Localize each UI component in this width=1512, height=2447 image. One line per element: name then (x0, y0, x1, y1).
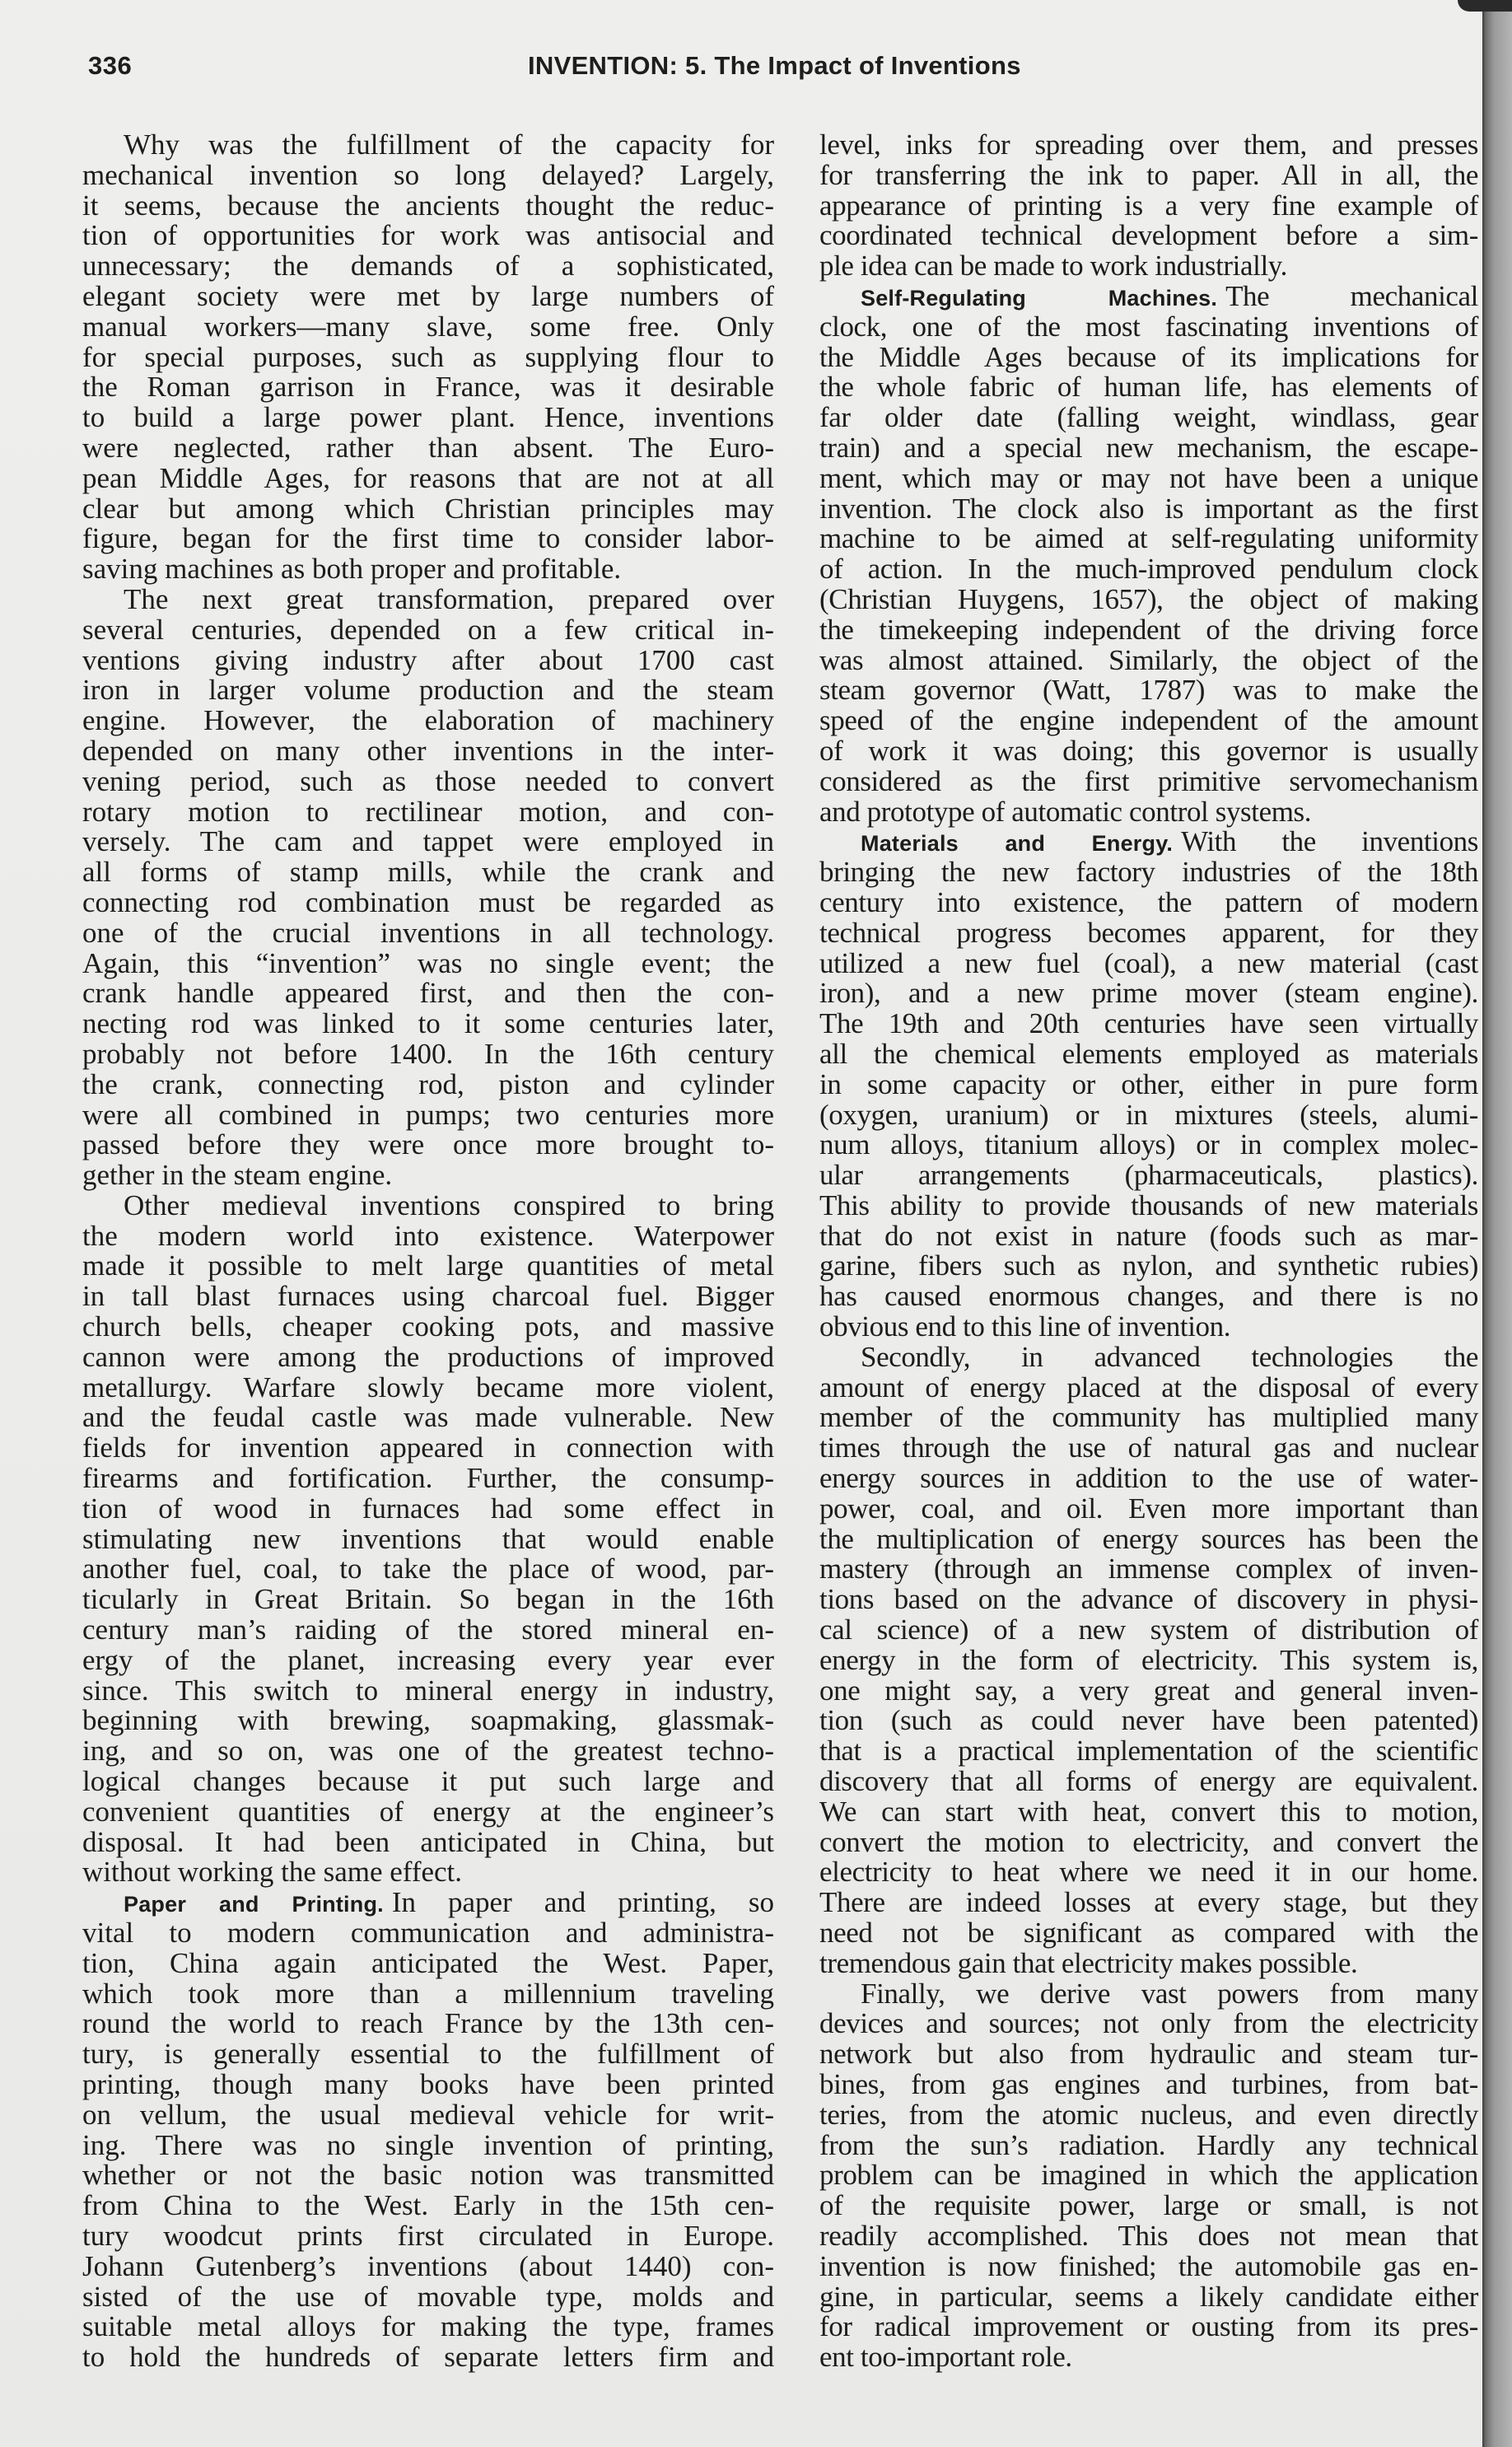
text-line: need not be significant as compared with… (819, 1918, 1478, 1949)
text-line: necting rod was linked to it some centur… (82, 1009, 774, 1039)
section-heading-line: Self-Regulating Machines.The mechanical (819, 282, 1478, 312)
text-line: speed of the engine independent of the a… (819, 706, 1478, 736)
text-line: machine to be aimed at self-regulating u… (819, 524, 1478, 554)
text-line: ticularly in Great Britain. So began in … (82, 1585, 774, 1615)
text-line: logical changes because it put such larg… (82, 1767, 774, 1797)
text-line: another fuel, coal, to take the place of… (82, 1554, 774, 1585)
text-line: century man’s raiding of the stored mine… (82, 1615, 774, 1646)
text-line: (oxygen, uranium) or in mixtures (steels… (819, 1100, 1478, 1131)
text-line: appearance of printing is a very fine ex… (819, 191, 1478, 222)
left-text-column: Why was the fulfillment of the capacity … (82, 130, 774, 2373)
text-line: convenient quantities of energy at the e… (82, 1797, 774, 1828)
text-line: connecting rod combination must be regar… (82, 888, 774, 918)
text-line: devices and sources; not only from the e… (819, 2009, 1478, 2039)
text-line: the whole fabric of human life, has elem… (819, 372, 1478, 403)
text-line: manual workers—many slave, some free. On… (82, 312, 774, 343)
text-line: the Middle Ages because of its implicati… (819, 343, 1478, 373)
text-line: technical progress becomes apparent, for… (819, 918, 1478, 949)
text-line: the multiplication of energy sources has… (819, 1525, 1478, 1555)
text-line: Johann Gutenberg’s inventions (about 144… (82, 2252, 774, 2282)
text-line: bringing the new factory industries of t… (819, 857, 1478, 888)
text-line: the modern world into existence. Waterpo… (82, 1221, 774, 1252)
text-line: round the world to reach France by the 1… (82, 2009, 774, 2039)
text-line: to build a large power plant. Hence, inv… (82, 403, 774, 433)
text-line: utilized a new fuel (coal), a new materi… (819, 949, 1478, 979)
line-text: In paper and printing, so (392, 1886, 774, 1918)
text-line: one of the crucial inventions in all tec… (82, 918, 774, 949)
text-line: tions based on the advance of discovery … (819, 1585, 1478, 1615)
text-line: firearms and fortification. Further, the… (82, 1464, 774, 1494)
text-line: stimulating new inventions that would en… (82, 1525, 774, 1555)
run-in-heading: Paper and Printing. (124, 1892, 384, 1917)
text-line: that is a practical implementation of th… (819, 1736, 1478, 1767)
text-line: ventions giving industry after about 170… (82, 646, 774, 676)
book-spine-shadow (1482, 0, 1512, 2447)
text-line: ular arrangements (pharmaceuticals, plas… (819, 1160, 1478, 1191)
section-heading-line: Materials and Energy.With the inventions (819, 827, 1478, 857)
text-line: were all combined in pumps; two centurie… (82, 1100, 774, 1131)
text-line: unnecessary; the demands of a sophistica… (82, 251, 774, 282)
text-line: clear but among which Christian principl… (82, 494, 774, 525)
text-line: it seems, because the ancients thought t… (82, 191, 774, 222)
text-line: for special purposes, such as supplying … (82, 343, 774, 373)
text-line: num alloys, titanium alloys) or in compl… (819, 1130, 1478, 1160)
text-line: mastery (through an immense complex of i… (819, 1554, 1478, 1585)
text-line: vening period, such as those needed to c… (82, 767, 774, 797)
text-line: far older date (falling weight, windlass… (819, 403, 1478, 433)
book-page: 336 INVENTION: 5. The Impact of Inventio… (0, 0, 1482, 2447)
text-line: power, coal, and oil. Even more importan… (819, 1494, 1478, 1525)
text-line: all the chemical elements employed as ma… (819, 1039, 1478, 1070)
text-line: depended on many other inventions in the… (82, 736, 774, 767)
text-line: Other medieval inventions conspired to b… (82, 1191, 774, 1221)
text-line: amount of energy placed at the disposal … (819, 1373, 1478, 1403)
text-line: Secondly, in advanced technologies the (819, 1343, 1478, 1373)
text-line: energy in the form of electricity. This … (819, 1646, 1478, 1676)
text-line: the Roman garrison in France, was it des… (82, 372, 774, 403)
text-line: bines, from gas engines and turbines, fr… (819, 2070, 1478, 2100)
text-line: pean Middle Ages, for reasons that are n… (82, 464, 774, 494)
text-line: The 19th and 20th centuries have seen vi… (819, 1009, 1478, 1039)
text-line: ple idea can be made to work industriall… (819, 251, 1478, 282)
text-line: considered as the first primitive servom… (819, 767, 1478, 797)
text-line: Finally, we derive vast powers from many (819, 1979, 1478, 2010)
page-number: 336 (88, 51, 132, 81)
text-line: to hold the hundreds of separate letters… (82, 2342, 774, 2373)
text-line: engine. However, the elaboration of mach… (82, 706, 774, 736)
text-line: was almost attained. Similarly, the obje… (819, 646, 1478, 676)
text-line: of action. In the much-improved pendulum… (819, 554, 1478, 585)
text-line: from China to the West. Early in the 15t… (82, 2191, 774, 2221)
text-line: all forms of stamp mills, while the cran… (82, 857, 774, 888)
text-line: elegant society were met by large number… (82, 282, 774, 312)
text-line: of the requisite power, large or small, … (819, 2191, 1478, 2221)
text-line: iron in larger volume production and the… (82, 675, 774, 706)
text-line: electricity to heat where we need it in … (819, 1857, 1478, 1888)
text-line: vital to modern communication and admini… (82, 1918, 774, 1949)
text-line: figure, began for the first time to cons… (82, 524, 774, 554)
right-text-column: level, inks for spreading over them, and… (819, 130, 1478, 2373)
text-line: tion of wood in furnaces had some effect… (82, 1494, 774, 1525)
text-line: ing. There was no single invention of pr… (82, 2131, 774, 2161)
text-line: tion, China again anticipated the West. … (82, 1949, 774, 1979)
text-line: problem can be imagined in which the app… (819, 2160, 1478, 2191)
text-line: whether or not the basic notion was tran… (82, 2160, 774, 2191)
text-line: cannon were among the productions of imp… (82, 1343, 774, 1373)
text-line: of work it was doing; this governor is u… (819, 736, 1478, 767)
run-in-heading: Materials and Energy. (861, 831, 1173, 856)
text-line: sisted of the use of movable type, molds… (82, 2282, 774, 2313)
text-line: in tall blast furnaces using charcoal fu… (82, 1282, 774, 1312)
text-line: has caused enormous changes, and there i… (819, 1282, 1478, 1312)
text-line: that do not exist in nature (foods such … (819, 1221, 1478, 1252)
text-line: printing, though many books have been pr… (82, 2070, 774, 2100)
text-line: rotary motion to rectilinear motion, and… (82, 797, 774, 828)
text-line: for transferring the ink to paper. All i… (819, 161, 1478, 191)
text-line: for radical improvement or ousting from … (819, 2312, 1478, 2342)
text-line: crank handle appeared first, and then th… (82, 978, 774, 1009)
text-line: times through the use of natural gas and… (819, 1433, 1478, 1464)
text-line: cal science) of a new system of distribu… (819, 1615, 1478, 1646)
text-line: We can start with heat, convert this to … (819, 1797, 1478, 1828)
text-line: coordinated technical development before… (819, 221, 1478, 251)
text-line: made it possible to melt large quantitie… (82, 1251, 774, 1282)
text-line: ent too-important role. (819, 2342, 1478, 2373)
text-line: passed before they were once more brough… (82, 1130, 774, 1160)
text-line: Why was the fulfillment of the capacity … (82, 130, 774, 161)
text-line: tion of opportunities for work was antis… (82, 221, 774, 251)
text-line: ergy of the planet, increasing every yea… (82, 1646, 774, 1676)
text-line: several centuries, depended on a few cri… (82, 615, 774, 646)
text-line: convert the motion to electricity, and c… (819, 1828, 1478, 1858)
text-line: beginning with brewing, soapmaking, glas… (82, 1706, 774, 1736)
text-line: obvious end to this line of invention. (819, 1312, 1478, 1343)
text-line: which took more than a millennium travel… (82, 1979, 774, 2010)
text-line: without working the same effect. (82, 1857, 774, 1888)
text-line: metallurgy. Warfare slowly became more v… (82, 1373, 774, 1403)
text-line: There are indeed losses at every stage, … (819, 1888, 1478, 1918)
text-line: versely. The cam and tappet were employe… (82, 827, 774, 857)
text-line: church bells, cheaper cooking pots, and … (82, 1312, 774, 1343)
text-line: teries, from the atomic nucleus, and eve… (819, 2100, 1478, 2131)
line-text: With the inventions (1181, 825, 1478, 857)
text-line: tury woodcut prints first circulated in … (82, 2221, 774, 2252)
text-line: ing, and so on, was one of the greatest … (82, 1736, 774, 1767)
running-head: 336 INVENTION: 5. The Impact of Inventio… (82, 51, 1482, 84)
text-line: clock, one of the most fascinating inven… (819, 312, 1478, 343)
text-line: train) and a special new mechanism, the … (819, 433, 1478, 464)
section-heading-line: Paper and Printing.In paper and printing… (82, 1888, 774, 1918)
text-line: gether in the steam engine. (82, 1160, 774, 1191)
text-line: readily accomplished. This does not mean… (819, 2221, 1478, 2252)
text-line: disposal. It had been anticipated in Chi… (82, 1828, 774, 1858)
text-line: ment, which may or may not have been a u… (819, 464, 1478, 494)
text-line: since. This switch to mineral energy in … (82, 1676, 774, 1707)
text-line: gine, in particular, seems a likely cand… (819, 2282, 1478, 2313)
text-line: probably not before 1400. In the 16th ce… (82, 1039, 774, 1070)
text-line: mechanical invention so long delayed? La… (82, 161, 774, 191)
text-line: century into existence, the pattern of m… (819, 888, 1478, 918)
text-line: tremendous gain that electricity makes p… (819, 1949, 1478, 1979)
text-line: fields for invention appeared in connect… (82, 1433, 774, 1464)
line-text: The mechanical (1225, 280, 1478, 312)
chapter-title: INVENTION: 5. The Impact of Inventions (528, 51, 1021, 81)
text-line: member of the community has multiplied m… (819, 1403, 1478, 1433)
text-line: steam governor (Watt, 1787) was to make … (819, 675, 1478, 706)
text-line: the timekeeping independent of the drivi… (819, 615, 1478, 646)
text-line: were neglected, rather than absent. The … (82, 433, 774, 464)
text-line: iron), and a new prime mover (steam engi… (819, 978, 1478, 1009)
run-in-heading: Self-Regulating Machines. (861, 286, 1217, 311)
text-line: This ability to provide thousands of new… (819, 1191, 1478, 1221)
text-line: (Christian Huygens, 1657), the object of… (819, 585, 1478, 615)
text-line: tion (such as could never have been pate… (819, 1706, 1478, 1736)
text-line: garine, fibers such as nylon, and synthe… (819, 1251, 1478, 1282)
text-line: one might say, a very great and general … (819, 1676, 1478, 1707)
text-line: invention. The clock also is important a… (819, 494, 1478, 525)
text-line: saving machines as both proper and profi… (82, 554, 774, 585)
text-line: level, inks for spreading over them, and… (819, 130, 1478, 161)
text-line: tury, is generally essential to the fulf… (82, 2039, 774, 2070)
text-line: in some capacity or other, either in pur… (819, 1070, 1478, 1100)
text-line: from the sun’s radiation. Hardly any tec… (819, 2131, 1478, 2161)
text-line: on vellum, the usual medieval vehicle fo… (82, 2100, 774, 2131)
text-line: Again, this “invention” was no single ev… (82, 949, 774, 979)
text-line: network but also from hydraulic and stea… (819, 2039, 1478, 2070)
text-line: the crank, connecting rod, piston and cy… (82, 1070, 774, 1100)
text-line: discovery that all forms of energy are e… (819, 1767, 1478, 1797)
text-line: energy sources in addition to the use of… (819, 1464, 1478, 1494)
text-line: suitable metal alloys for making the typ… (82, 2312, 774, 2342)
book-cover-edge (1458, 0, 1512, 12)
text-line: The next great transformation, prepared … (82, 585, 774, 615)
text-line: invention is now finished; the automobil… (819, 2252, 1478, 2282)
text-line: and the feudal castle was made vulnerabl… (82, 1403, 774, 1433)
text-line: and prototype of automatic control syste… (819, 797, 1478, 828)
